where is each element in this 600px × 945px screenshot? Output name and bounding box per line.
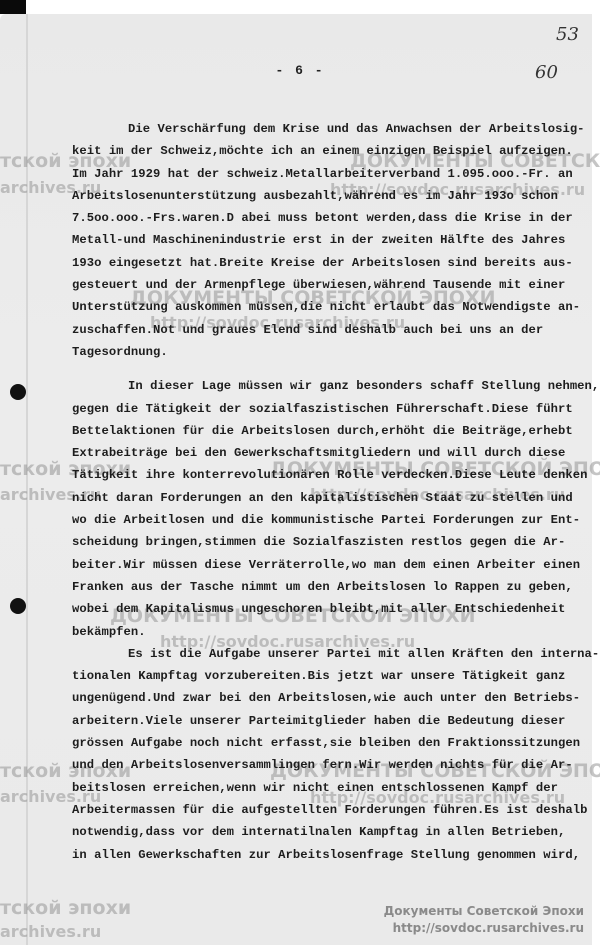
text-line: und den Arbeitslosenversammlingen fern.W…	[72, 754, 580, 776]
text-line: Tätigkeit ihre konterrevolutionären Roll…	[72, 464, 580, 486]
text-line: beitslosen erreichen,wenn wir nicht eine…	[72, 777, 580, 799]
text-line: Die Verschärfung dem Krise und das Anwac…	[100, 118, 580, 140]
text-line: grössen Aufgabe noch nicht erfasst,sie b…	[72, 732, 580, 754]
text-line: Metall-und Maschinenindustrie erst in de…	[72, 229, 580, 251]
text-line: 193o eingesetzt hat.Breite Kreise der Ar…	[72, 252, 580, 274]
text-line: Unterstützung auskommen müssen,die nicht…	[72, 296, 580, 318]
text-line: Extrabeiträge bei den Gewerkschaftsmitgl…	[72, 442, 580, 464]
punch-hole	[10, 384, 26, 400]
archive-watermark-footer: Документы Советской Эпохи http://sovdoc.…	[384, 903, 584, 937]
text-line: in allen Gewerkschaften zur Arbeitslosen…	[72, 844, 580, 866]
text-line: zuschaffen.Not und graues Elend sind des…	[72, 319, 580, 341]
text-line: Arbeitslosenunterstützung ausbezahlt,wäh…	[72, 185, 580, 207]
text-line: notwendig,dass vor dem internatilnalen K…	[72, 821, 580, 843]
paragraph: Es ist die Aufgabe unserer Partei mit al…	[100, 643, 580, 866]
text-line: Arbeitermassen für die aufgestellten For…	[72, 799, 580, 821]
text-line: arbeitern.Viele unserer Parteimitglieder…	[72, 710, 580, 732]
text-line: 7.5oo.ooo.-Frs.waren.D abei muss betont …	[72, 207, 580, 229]
text-line: Im Jahr 1929 hat der schweiz.Metallarbei…	[72, 163, 580, 185]
text-line: nicht daran Forderungen an den kapitalis…	[72, 487, 580, 509]
text-line: ungenügend.Und zwar bei den Arbeitslosen…	[72, 687, 580, 709]
punch-hole	[10, 598, 26, 614]
text-line: Bettelaktionen für die Arbeitslosen durc…	[72, 420, 580, 442]
text-line: wo die Arbeitlosen und die kommunistisch…	[72, 509, 580, 531]
text-line: beiter.Wir müssen diese Verräterrolle,wo…	[72, 554, 580, 576]
text-line: keit im der Schweiz,möchte ich an einem …	[72, 140, 580, 162]
text-line: In dieser Lage müssen wir ganz besonders…	[100, 375, 580, 397]
text-line: bekämpfen.	[72, 621, 580, 643]
paragraph: In dieser Lage müssen wir ganz besonders…	[100, 375, 580, 643]
handwritten-archive-number: 53	[556, 24, 579, 45]
page-number: - 6 -	[0, 63, 600, 78]
text-line: gesteuert und der Armenpflege überwiesen…	[72, 274, 580, 296]
document-body: Die Verschärfung dem Krise und das Anwac…	[100, 118, 580, 866]
text-line: Franken aus der Tasche nimmt um den Arbe…	[72, 576, 580, 598]
archive-url: http://sovdoc.rusarchives.ru	[384, 920, 584, 937]
scan-corner-shadow	[0, 0, 26, 14]
text-line: Es ist die Aufgabe unserer Partei mit al…	[100, 643, 580, 665]
text-line: gegen die Tätigkeit der sozialfaszistisc…	[72, 398, 580, 420]
text-line: tionalen Kampftag vorzubereiten.Bis jetz…	[72, 665, 580, 687]
text-line: wobei dem Kapitalismus ungeschoren bleib…	[72, 598, 580, 620]
paragraph: Die Verschärfung dem Krise und das Anwac…	[100, 118, 580, 363]
text-line: Tagesordnung.	[72, 341, 580, 363]
page-fold-line	[26, 14, 28, 945]
text-line: scheidung bringen,stimmen die Sozialfasz…	[72, 531, 580, 553]
archive-title: Документы Советской Эпохи	[384, 903, 584, 920]
